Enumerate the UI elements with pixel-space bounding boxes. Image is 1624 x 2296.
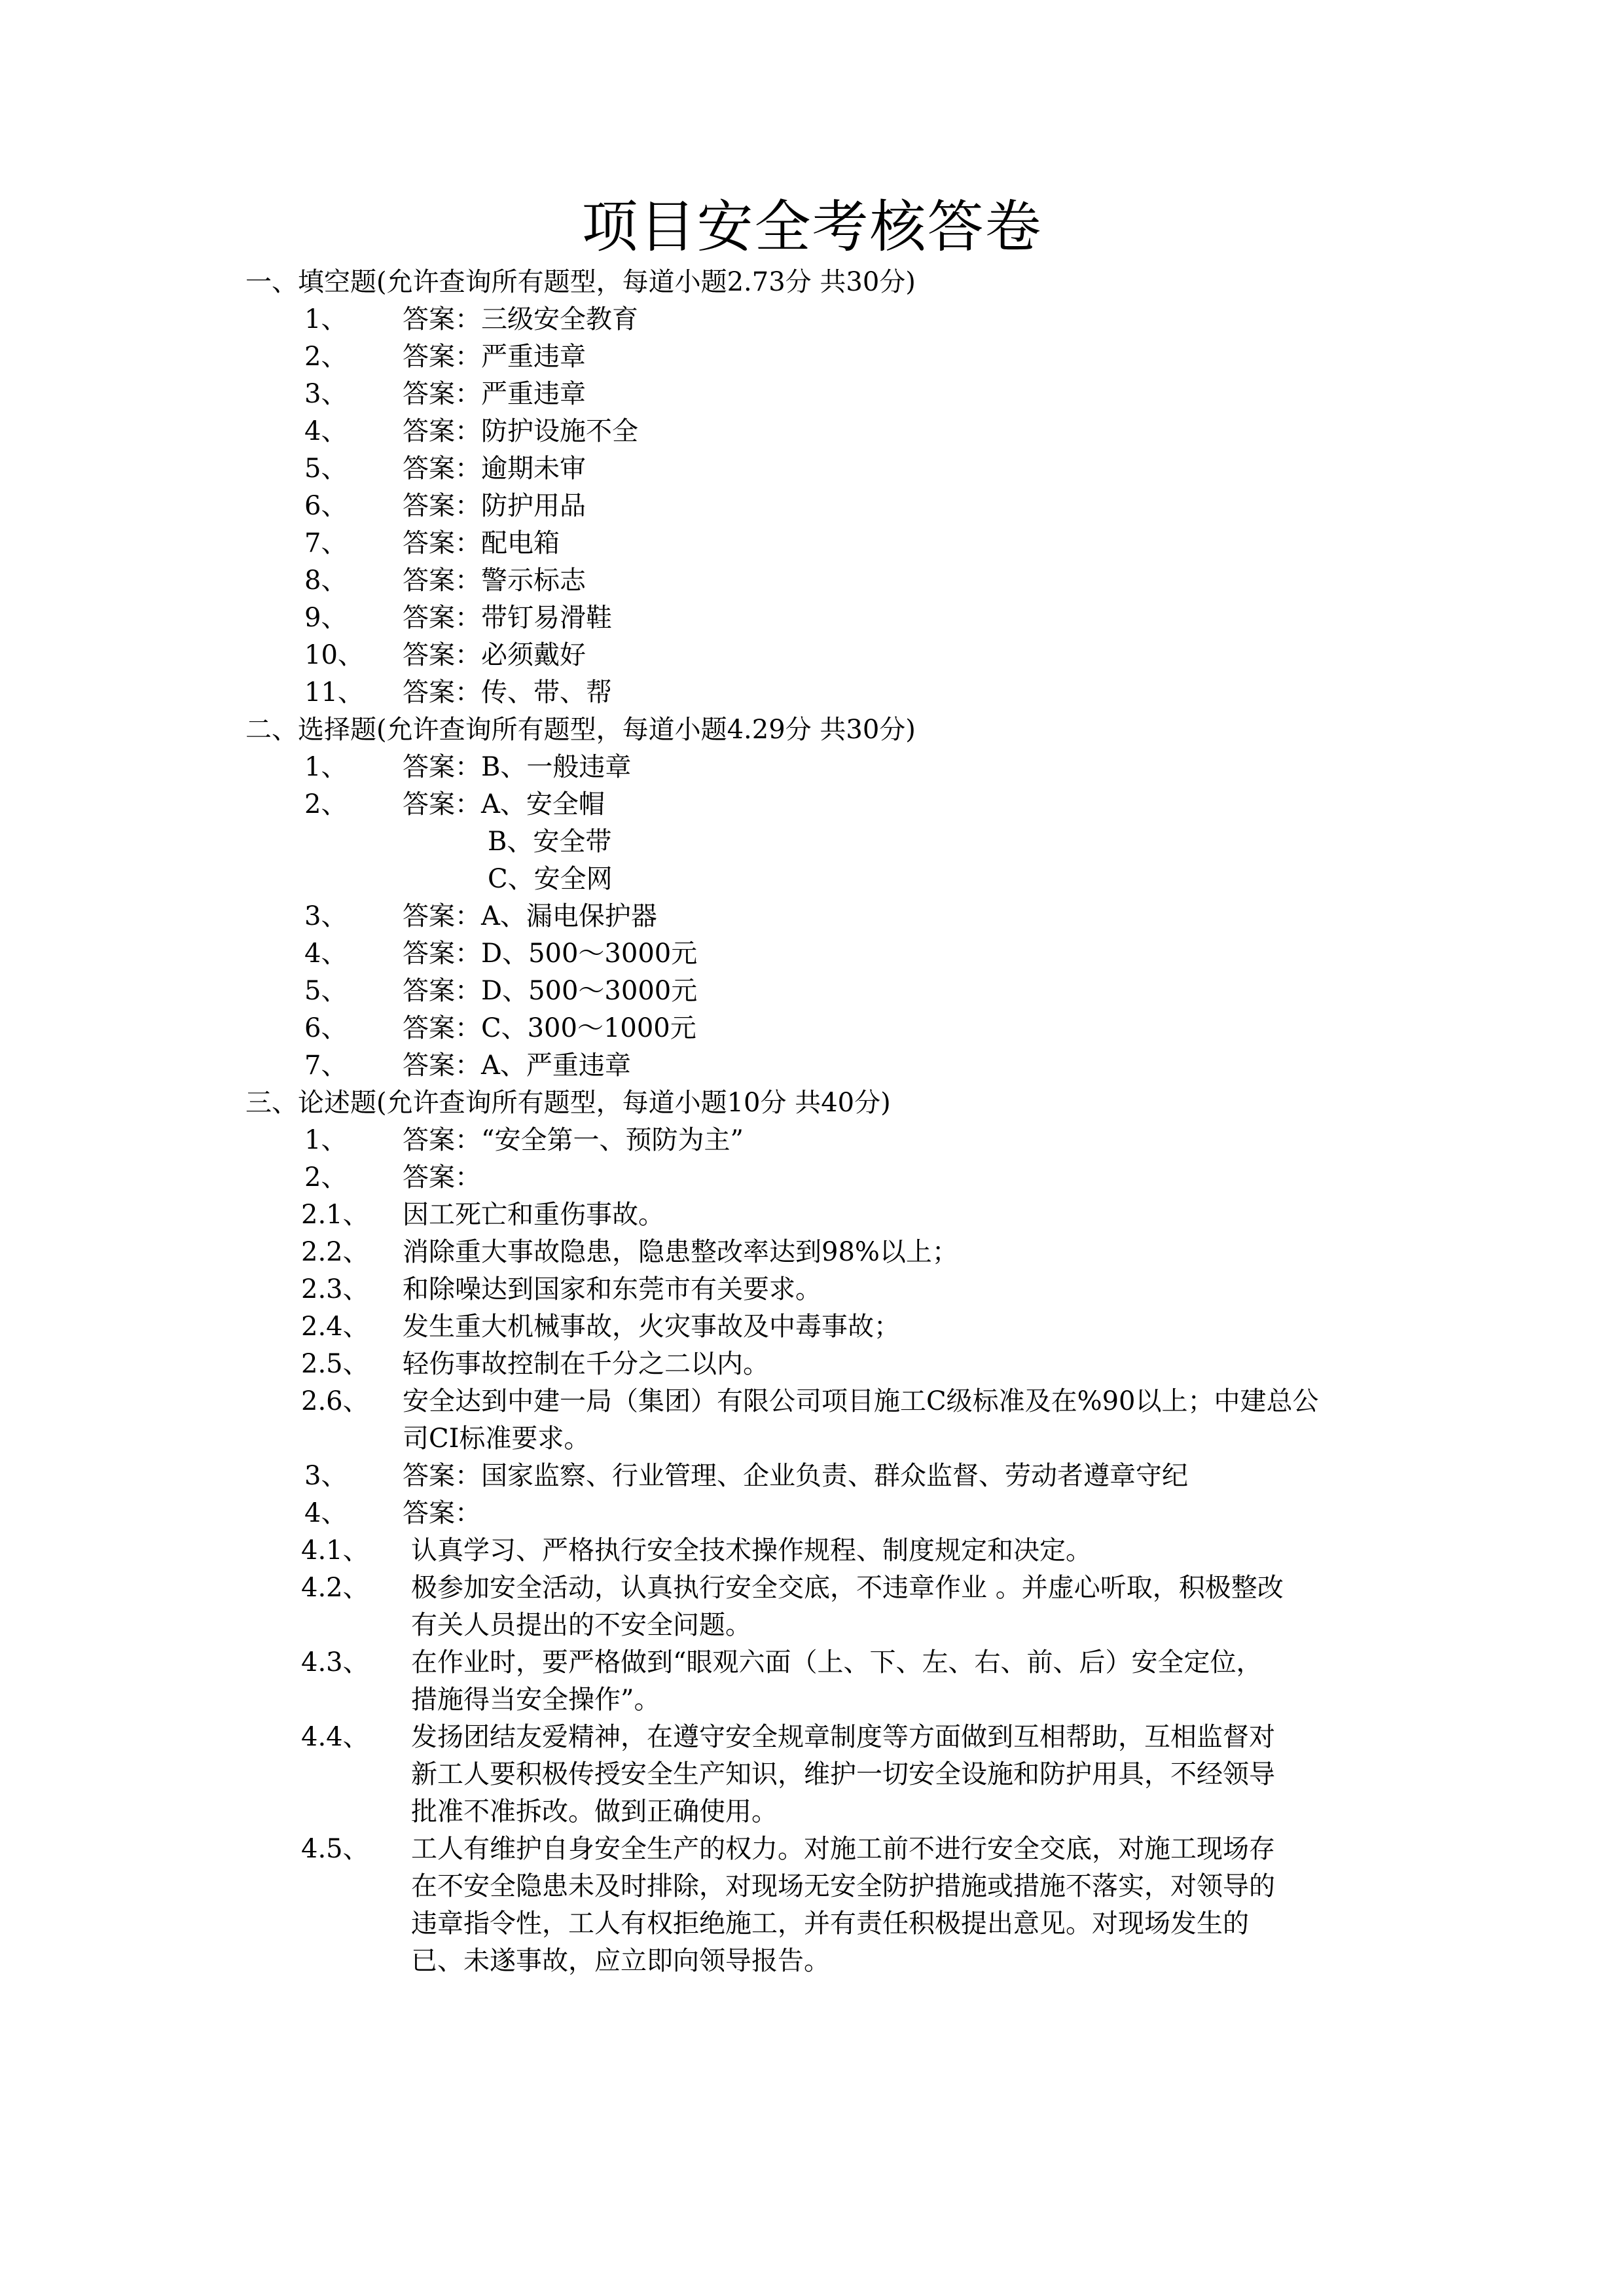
item-number: 7、 <box>304 525 347 562</box>
sub-item-text: 极参加安全活动，认真执行安全交底，不违章作业 。并虚心听取，积极整改 <box>411 1570 1284 1607</box>
answer-line: 答案：配电箱 <box>403 525 560 562</box>
answer-label: 答案： <box>403 1159 481 1196</box>
answer-option: B、安全带 <box>488 823 611 861</box>
answer-label: 答案： <box>403 901 481 931</box>
answer-line: 答案：A、严重违章 <box>403 1047 631 1085</box>
answer-text: 国家监察、行业管理、企业负责、群众监督、劳动者遵章守纪 <box>481 1461 1188 1491</box>
item-number: 7、 <box>304 1047 347 1085</box>
answer-line: 答案：D、500～3000元 <box>403 935 697 973</box>
sub-item-text: 在不安全隐患未及时排除，对现场无安全防护措施或措施不落实，对领导的 <box>411 1868 1275 1905</box>
item-number: 3、 <box>304 1458 347 1495</box>
sub-item-text: 新工人要积极传授安全生产知识，维护一切安全设施和防护用具，不经领导 <box>411 1756 1275 1793</box>
sub-item-text: 认真学习、严格执行安全技术操作规程、制度规定和决定。 <box>411 1532 1092 1570</box>
answer-line: 答案：三级安全教育 <box>403 301 638 338</box>
answer-line: 答案：防护用品 <box>403 488 586 525</box>
answer-option: C、安全网 <box>488 861 613 898</box>
item-number: 4、 <box>304 413 347 450</box>
answer-line: 答案：A、漏电保护器 <box>403 898 657 935</box>
item-number: 3、 <box>304 376 347 413</box>
answer-text: A、安全帽 <box>481 789 605 819</box>
sub-item-number: 4.2、 <box>301 1570 369 1607</box>
sub-item-text: 工人有维护自身安全生产的权力。对施工前不进行安全交底，对施工现场存 <box>411 1831 1275 1868</box>
sub-item-number: 4.3、 <box>301 1644 369 1681</box>
item-number: 6、 <box>304 488 347 525</box>
answer-label: 答案： <box>403 528 481 558</box>
answer-label: 答案： <box>403 491 481 521</box>
item-number: 11、 <box>304 674 364 711</box>
answer-text: C、300～1000元 <box>481 1013 696 1043</box>
sub-item-text: 在作业时，要严格做到“眼观六面（上、下、左、右、前、后）安全定位， <box>411 1644 1262 1681</box>
answer-line: 答案：带钉易滑鞋 <box>403 600 612 637</box>
answer-text: 必须戴好 <box>481 640 586 670</box>
answer-text: 防护用品 <box>481 491 586 521</box>
answer-text: 严重违章 <box>481 379 586 409</box>
sub-item-text: 消除重大事故隐患，隐患整改率达到98%以上； <box>403 1234 958 1271</box>
answer-text: 传、带、帮 <box>481 677 612 708</box>
answer-line: 答案：B、一般违章 <box>403 749 631 786</box>
item-number: 1、 <box>304 749 347 786</box>
item-number: 3、 <box>304 898 347 935</box>
answer-label: 答案： <box>403 1125 481 1155</box>
answer-line: 答案：警示标志 <box>403 562 586 600</box>
section-heading-multiple-choice: 二、选择题(允许查询所有题型，每道小题4.29分 共30分) <box>245 711 916 749</box>
answer-text: A、漏电保护器 <box>481 901 657 931</box>
answer-label: 答案： <box>403 603 481 633</box>
answer-label: 答案： <box>403 1013 481 1043</box>
item-number: 9、 <box>304 600 347 637</box>
sub-item-text: 因工死亡和重伤事故。 <box>403 1196 664 1234</box>
item-number: 5、 <box>304 973 347 1010</box>
answer-label: 答案： <box>403 752 481 782</box>
item-number: 2、 <box>304 786 347 823</box>
answer-line: 答案：防护设施不全 <box>403 413 638 450</box>
answer-text: 三级安全教育 <box>481 304 638 334</box>
sub-item-text: 司CI标准要求。 <box>403 1420 590 1458</box>
answer-label: 答案： <box>403 939 481 969</box>
item-number: 6、 <box>304 1010 347 1047</box>
sub-item-number: 4.5、 <box>301 1831 369 1868</box>
item-number: 1、 <box>304 301 347 338</box>
sub-item-number: 4.4、 <box>301 1719 369 1756</box>
sub-item-text: 违章指令性，工人有权拒绝施工，并有责任积极提出意见。对现场发生的 <box>411 1905 1249 1943</box>
answer-line: 答案：逾期未审 <box>403 450 586 488</box>
answer-text: D、500～3000元 <box>481 939 697 969</box>
answer-line: 答案：国家监察、行业管理、企业负责、群众监督、劳动者遵章守纪 <box>403 1458 1188 1495</box>
answer-label: 答案： <box>403 416 481 446</box>
item-number: 4、 <box>304 935 347 973</box>
answer-label: 答案： <box>403 640 481 670</box>
item-number: 2、 <box>304 338 347 376</box>
answer-label: 答案： <box>403 976 481 1006</box>
sub-item-number: 2.1、 <box>301 1196 369 1234</box>
answer-label: 答案： <box>403 677 481 708</box>
answer-label: 答案： <box>403 565 481 596</box>
sub-item-number: 2.6、 <box>301 1383 369 1420</box>
answer-text: A、严重违章 <box>481 1050 631 1081</box>
answer-text: B、一般违章 <box>481 752 631 782</box>
sub-item-text: 轻伤事故控制在千分之二以内。 <box>403 1346 769 1383</box>
item-number: 1、 <box>304 1122 347 1159</box>
sub-item-text: 和除噪达到国家和东莞市有关要求。 <box>403 1271 821 1308</box>
answer-text: 防护设施不全 <box>481 416 638 446</box>
sub-item-text: 批准不准拆改。做到正确使用。 <box>411 1793 778 1831</box>
sub-item-text: 发生重大机械事故，火灾事故及中毒事故； <box>403 1308 900 1346</box>
answer-label: 答案： <box>403 379 481 409</box>
answer-line: 答案：严重违章 <box>403 376 586 413</box>
item-number: 5、 <box>304 450 347 488</box>
answer-text: 带钉易滑鞋 <box>481 603 612 633</box>
answer-line: 答案：传、带、帮 <box>403 674 612 711</box>
answer-label: 答案： <box>403 789 481 819</box>
answer-text: 警示标志 <box>481 565 586 596</box>
answer-line: 答案：严重违章 <box>403 338 586 376</box>
answer-text: “安全第一、预防为主” <box>481 1125 744 1155</box>
section-heading-essay: 三、论述题(允许查询所有题型，每道小题10分 共40分) <box>245 1085 891 1122</box>
sub-item-number: 4.1、 <box>301 1532 369 1570</box>
sub-item-number: 2.4、 <box>301 1308 369 1346</box>
answer-text: 逾期未审 <box>481 454 586 484</box>
sub-item-number: 2.5、 <box>301 1346 369 1383</box>
answer-label: 答案： <box>403 454 481 484</box>
sub-item-text: 发扬团结友爱精神，在遵守安全规章制度等方面做到互相帮助，互相监督对 <box>411 1719 1275 1756</box>
answer-line: 答案：D、500～3000元 <box>403 973 697 1010</box>
answer-text: 配电箱 <box>481 528 560 558</box>
answer-label: 答案： <box>403 1461 481 1491</box>
answer-text: D、500～3000元 <box>481 976 697 1006</box>
answer-text: 严重违章 <box>481 342 586 372</box>
sub-item-text: 安全达到中建一局（集团）有限公司项目施工C级标准及在%90以上；中建总公 <box>403 1383 1319 1420</box>
answer-line: 答案：“安全第一、预防为主” <box>403 1122 744 1159</box>
sub-item-number: 2.3、 <box>301 1271 369 1308</box>
answer-line: 答案：A、安全帽 <box>403 786 605 823</box>
item-number: 2、 <box>304 1159 347 1196</box>
sub-item-text: 已、未遂事故，应立即向领导报告。 <box>411 1943 830 1980</box>
item-number: 10、 <box>304 637 364 674</box>
answer-label: 答案： <box>403 1050 481 1081</box>
answer-label: 答案： <box>403 342 481 372</box>
page-title: 项目安全考核答卷 <box>0 191 1624 263</box>
sub-item-number: 2.2、 <box>301 1234 369 1271</box>
answer-label: 答案： <box>403 1495 481 1532</box>
answer-line: 答案：C、300～1000元 <box>403 1010 696 1047</box>
item-number: 8、 <box>304 562 347 600</box>
sub-item-text: 有关人员提出的不安全问题。 <box>411 1607 751 1644</box>
sub-item-text: 措施得当安全操作”。 <box>411 1681 660 1719</box>
item-number: 4、 <box>304 1495 347 1532</box>
answer-line: 答案：必须戴好 <box>403 637 586 674</box>
answer-label: 答案： <box>403 304 481 334</box>
section-heading-fill-blank: 一、填空题(允许查询所有题型，每道小题2.73分 共30分) <box>245 264 916 301</box>
